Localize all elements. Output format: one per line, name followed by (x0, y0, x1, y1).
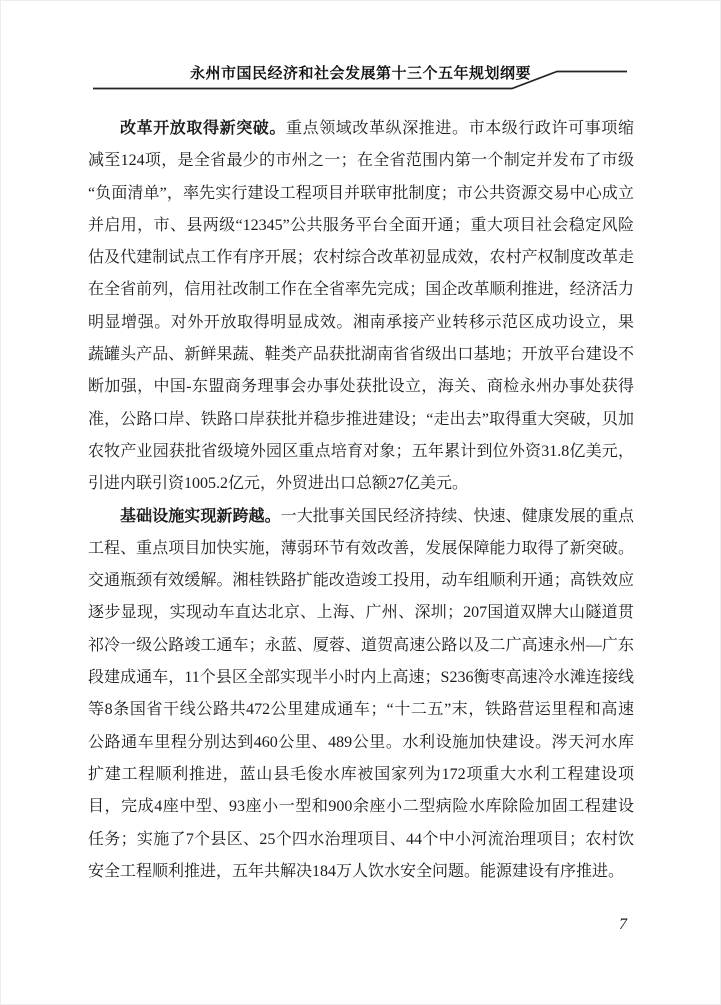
body-line: 蔬罐头产品、新鲜果蔬、鞋类产品获批湖南省省级出口基地；开放平台建设不 (88, 339, 634, 371)
body-line: 公路通车里程分别达到460公里、489公里。水利设施加快建设。涔天河水库 (88, 727, 634, 759)
page-number: 7 (605, 916, 641, 934)
body-line: 估及代建制试点工作有序开展；农村综合改革初显成效，农村产权制度改革走 (88, 242, 634, 274)
paragraph-lead-bold: 改革开放取得新突破。 (120, 120, 286, 137)
body-line: 目，完成4座中型、93座小一型和900余座小二型病险水库除险加固工程建设 (88, 791, 634, 823)
header-rule-line (93, 72, 627, 89)
document-page: 永州市国民经济和社会发展第十三个五年规划纲要 改革开放取得新突破。重点领域改革纵… (0, 0, 721, 1005)
body-line: 基础设施实现新跨越。一大批事关国民经济持续、快速、健康发展的重点 (88, 501, 634, 533)
body-line: 断加强，中国-东盟商务理事会办事处获批设立，海关、商检永州办事处获得批 (88, 371, 634, 403)
body-line: 段建成通车，11个县区全部实现半小时内上高速；S236衡枣高速冷水滩连接线 (88, 662, 634, 694)
body-line: 工程、重点项目加快实施，薄弱环节有效改善，发展保障能力取得了新突破。 (88, 533, 634, 565)
body-line: 扩建工程顺利推进，蓝山县毛俊水库被国家列为172项重大水利工程建设项 (88, 759, 634, 791)
body-line: 交通瓶颈有效缓解。湘桂铁路扩能改造竣工投用，动车组顺利开通；高铁效应 (88, 565, 634, 597)
header-rule (0, 0, 721, 100)
body-line: 并启用，市、县两级“12345”公共服务平台全面开通；重大项目社会稳定风险评 (88, 210, 634, 242)
body-line: 减至124项，是全省最少的市州之一；在全省范围内第一个制定并发布了市级 (88, 145, 634, 177)
body-line: 逐步显现，实现动车直达北京、上海、广州、深圳；207国道双牌大山隧道贯通， (88, 597, 634, 629)
paragraph-lead-bold: 基础设施实现新跨越。 (120, 508, 281, 525)
body-line: 明显增强。对外开放取得明显成效。湘南承接产业转移示范区成功设立，果 (88, 307, 634, 339)
body-line: 改革开放取得新突破。重点领域改革纵深推进。市本级行政许可事项缩 (88, 113, 634, 145)
body-line: 祁冷一级公路竣工通车；永蓝、厦蓉、道贺高速公路以及二广高速永州—广东 (88, 630, 634, 662)
body-line: 引进内联引资1005.2亿元，外贸进出口总额27亿美元。 (88, 468, 634, 500)
body-line: 等8条国省干线公路共472公里建成通车；“十二五”末，铁路营运里程和高速 (88, 694, 634, 726)
body-line: 准，公路口岸、铁路口岸获批并稳步推进建设；“走出去”取得重大突破，贝加尔 (88, 404, 634, 436)
body-line: 任务；实施了7个县区、25个四水治理项目、44个中小河流治理项目；农村饮水 (88, 824, 634, 856)
body-line: 安全工程顺利推进，五年共解决184万人饮水安全问题。能源建设有序推进。 (88, 856, 634, 888)
body-line: 农牧产业园获批省级境外园区重点培育对象；五年累计到位外资31.8亿美元， (88, 436, 634, 468)
body-line: 在全省前列，信用社改制工作在全省率先完成；国企改革顺利推进，经济活力 (88, 274, 634, 306)
body-line: “负面清单”，率先实行建设工程项目并联审批制度；市公共资源交易中心成立 (88, 178, 634, 210)
body-text: 改革开放取得新突破。重点领域改革纵深推进。市本级行政许可事项缩减至124项，是全… (88, 113, 634, 888)
